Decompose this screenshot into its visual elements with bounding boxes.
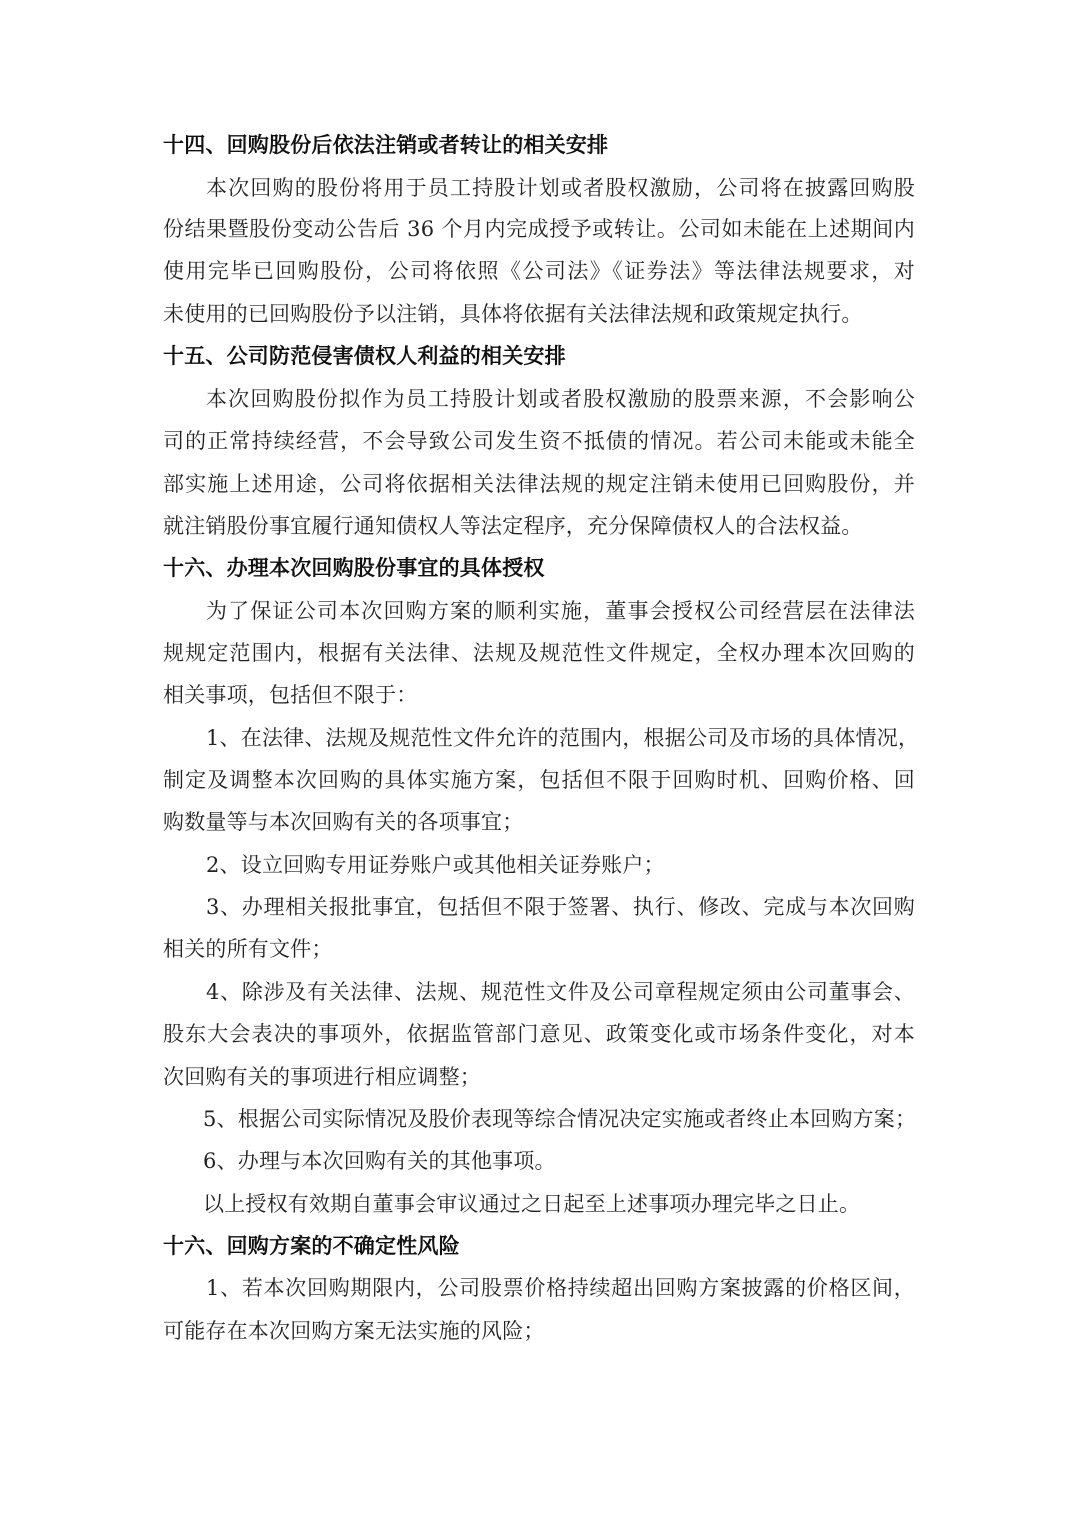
list-item-5: 5、根据公司实际情况及股价表现等综合情况决定实施或者终止本回购方案； [203,1104,916,1134]
list-item-2: 2、设立回购专用证券账户或其他相关证券账户； [206,850,665,880]
paragraph-line: 规规定范围内，根据有关法律、法规及规范性文件规定，全权办理本次回购的 [163,638,915,668]
section-heading-15: 十五、公司防范侵害债权人利益的相关安排 [163,341,566,371]
paragraph-line: 可能存在本次回购方案无法实施的风险； [163,1316,545,1346]
paragraph-line: 为了保证公司本次回购方案的顺利实施，董事会授权公司经营层在法律法 [206,596,915,626]
paragraph-line: 司的正常持续经营，不会导致公司发生资不抵债的情况。若公司未能或未能全 [163,426,915,456]
risk-item-1: 1、若本次回购期限内，公司股票价格持续超出回购方案披露的价格区间， [206,1273,915,1303]
paragraph-line: 份结果暨股份变动公告后 36 个月内完成授予或转让。公司如未能在上述期间内 [163,214,915,244]
paragraph-line: 相关事项，包括但不限于： [163,680,417,710]
section-heading-16-authorization: 十六、办理本次回购股份事宜的具体授权 [163,553,545,583]
document-page: 十四、回购股份后依法注销或者转让的相关安排 本次回购的股份将用于员工持股计划或者… [0,0,1080,1527]
authorization-validity-note: 以上授权有效期自董事会审议通过之日起至上述事项办理完毕之日止。 [203,1189,860,1219]
list-item-6: 6、办理与本次回购有关的其他事项。 [203,1146,556,1176]
paragraph-line: 制定及调整本次回购的具体实施方案，包括但不限于回购时机、回购价格、回 [163,765,915,795]
paragraph-line: 本次回购股份拟作为员工持股计划或者股权激励的股票来源，不会影响公 [206,384,915,414]
paragraph-line: 就注销股份事宜履行通知债权人等法定程序，充分保障债权人的合法权益。 [163,511,863,541]
paragraph-line: 部实施上述用途，公司将依据相关法律法规的规定注销未使用已回购股份，并 [163,469,915,499]
paragraph-line: 未使用的已回购股份予以注销，具体将依据有关法律法规和政策规定执行。 [163,299,863,329]
paragraph-line: 本次回购的股份将用于员工持股计划或者股权激励，公司将在披露回购股 [206,173,915,203]
list-item-3: 3、办理相关报批事宜，包括但不限于签署、执行、修改、完成与本次回购 [206,892,915,922]
list-item-1: 1、在法律、法规及规范性文件允许的范围内，根据公司及市场的具体情况， [206,723,915,753]
section-heading-16-risk: 十六、回购方案的不确定性风险 [163,1231,460,1261]
list-item-4: 4、除涉及有关法律、法规、规范性文件及公司章程规定须由公司董事会、 [206,977,915,1007]
section-heading-14: 十四、回购股份后依法注销或者转让的相关安排 [163,130,608,160]
paragraph-line: 购数量等与本次回购有关的各项事宜； [163,807,523,837]
paragraph-line: 相关的所有文件； [163,934,333,964]
paragraph-line: 使用完毕已回购股份，公司将依照《公司法》《证券法》等法律法规要求，对 [163,256,915,286]
paragraph-line: 次回购有关的事项进行相应调整； [163,1062,481,1092]
paragraph-line: 股东大会表决的事项外，依据监管部门意见、政策变化或市场条件变化，对本 [163,1019,915,1049]
